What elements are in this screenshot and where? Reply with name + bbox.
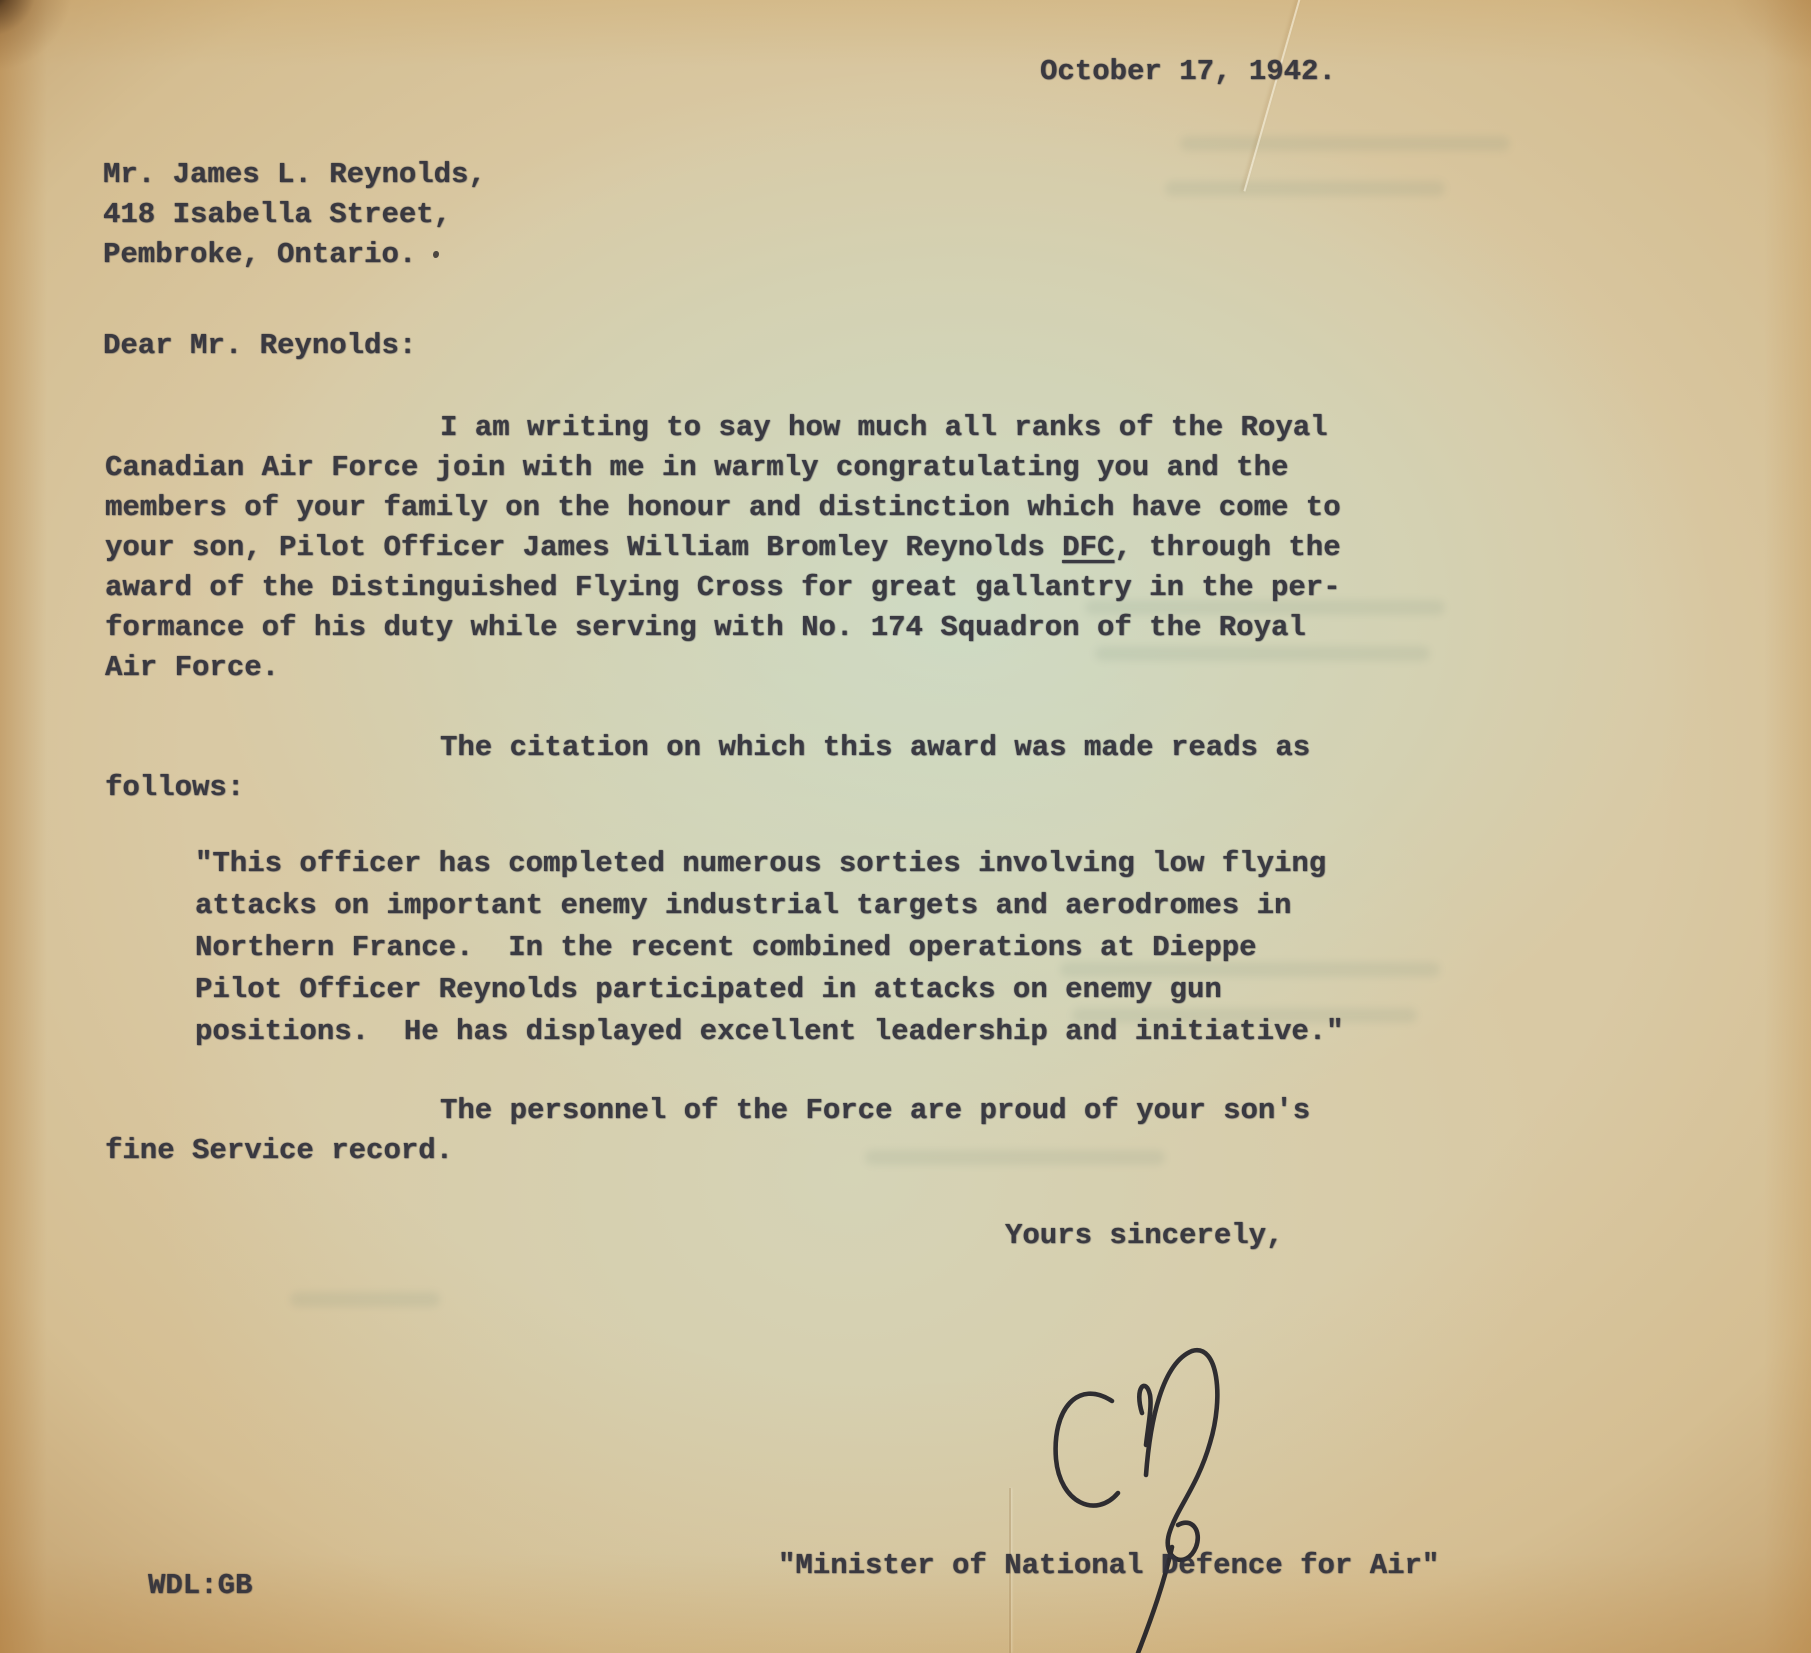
body-line: Air Force. [105,648,1341,688]
bleed-through-mark [1165,181,1445,196]
letter-page: October 17, 1942. Mr. James L. Reynolds,… [0,0,1811,1653]
body-text: your son, Pilot Officer James William Br… [105,531,1062,564]
bleed-through-mark [290,1292,440,1307]
body-line: Canadian Air Force join with me in warml… [105,448,1341,488]
recipient-street: 418 Isabella Street, [103,195,486,235]
body-line: members of your family on the honour and… [105,488,1341,528]
salutation: Dear Mr. Reynolds: [103,326,416,366]
signer-title: "Minister of National Defence for Air" [778,1546,1439,1586]
letter-date: October 17, 1942. [1040,52,1336,92]
body-line: formance of his duty while serving with … [105,608,1341,648]
body-line: fine Service record. [105,1131,1310,1171]
recipient-address: Mr. James L. Reynolds, 418 Isabella Stre… [103,155,486,275]
typist-initials: WDL:GB [148,1566,252,1606]
citation-line: attacks on important enemy industrial ta… [195,885,1344,927]
recipient-city: Pembroke, Ontario. [103,235,486,275]
citation-block: "This officer has completed numerous sor… [195,843,1344,1053]
citation-line: Northern France. In the recent combined … [195,927,1344,969]
citation-line: positions. He has displayed excellent le… [195,1011,1344,1053]
signature-monogram [1020,1335,1280,1653]
valediction: Yours sincerely, [1005,1216,1283,1256]
citation-line: "This officer has completed numerous sor… [195,843,1344,885]
body-line: The personnel of the Force are proud of … [440,1091,1310,1131]
dfc-underlined-text: DFC [1062,531,1114,564]
body-line: The citation on which this award was mad… [440,728,1310,768]
body-line: I am writing to say how much all ranks o… [440,408,1341,448]
paragraph-1: I am writing to say how much all ranks o… [105,408,1341,688]
paper-crease [1243,0,1301,192]
body-line: your son, Pilot Officer James William Br… [105,528,1341,568]
bleed-through-mark [1180,136,1510,151]
citation-line: Pilot Officer Reynolds participated in a… [195,969,1344,1011]
recipient-name: Mr. James L. Reynolds, [103,155,486,195]
body-line: follows: [105,768,1310,808]
paragraph-4: The personnel of the Force are proud of … [105,1091,1310,1171]
body-line: award of the Distinguished Flying Cross … [105,568,1341,608]
paragraph-2: The citation on which this award was mad… [105,728,1310,808]
body-text: , through the [1114,531,1340,564]
